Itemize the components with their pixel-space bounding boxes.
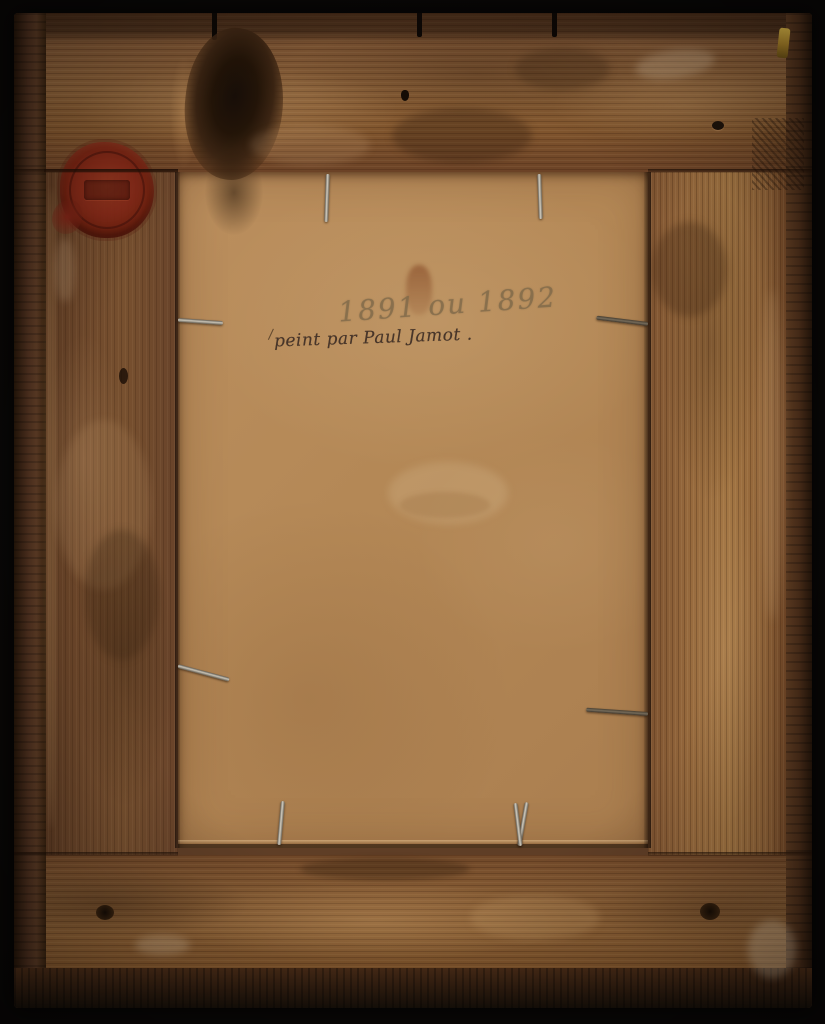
wood-knot xyxy=(700,903,720,920)
wood-highlight xyxy=(470,895,600,940)
wood-highlight xyxy=(760,290,784,620)
worn-miter-corner xyxy=(752,118,804,190)
dark-stain xyxy=(652,222,727,317)
wood-knot xyxy=(96,905,114,920)
frame-bottom-edge xyxy=(14,968,812,1008)
nail-head xyxy=(712,121,724,130)
frame-left-edge xyxy=(14,13,46,968)
wood-mark xyxy=(119,368,128,384)
nail-hole xyxy=(401,90,409,101)
frame-joint xyxy=(14,169,178,173)
wood-gap xyxy=(552,13,557,37)
frame-back-photo: 1891 ou 1892 peint par Paul Jamot . xyxy=(0,0,825,1024)
frame-gap-shadow xyxy=(175,172,180,848)
board-smudge xyxy=(400,492,490,518)
backing-board-shadow xyxy=(178,844,648,848)
frame-joint xyxy=(14,852,178,856)
frame-joint xyxy=(648,169,812,173)
dark-stain xyxy=(300,858,470,880)
scuff-patch xyxy=(55,238,75,302)
dark-stain xyxy=(392,108,532,163)
scuff-patch xyxy=(748,920,796,978)
wood-highlight xyxy=(250,125,370,165)
wood-knot-stain xyxy=(205,150,263,235)
frame-joint xyxy=(648,852,812,856)
frame-gap-shadow xyxy=(644,172,651,848)
dark-stain xyxy=(515,48,610,90)
dark-stain xyxy=(84,530,159,660)
scuff-patch xyxy=(135,935,190,955)
wood-highlight xyxy=(46,188,56,828)
wood-gap xyxy=(417,13,422,37)
